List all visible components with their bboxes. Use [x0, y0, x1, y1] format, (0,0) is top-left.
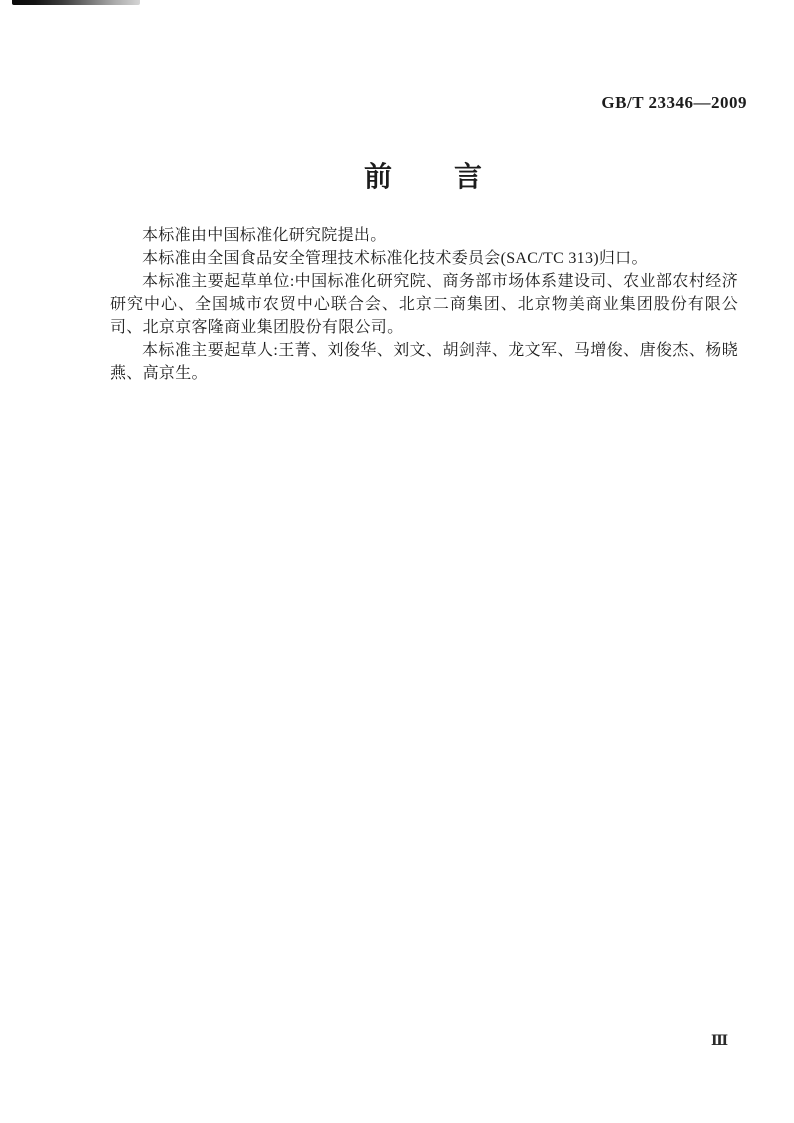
standard-code-header: GB/T 23346—2009	[601, 93, 747, 113]
paragraph-centralized-by: 本标准由全国食品安全管理技术标准化技术委员会(SAC/TC 313)归口。	[110, 247, 738, 270]
foreword-body: 本标准由中国标准化研究院提出。 本标准由全国食品安全管理技术标准化技术委员会(S…	[110, 224, 738, 385]
paragraph-drafters: 本标准主要起草人:王菁、刘俊华、刘文、胡剑萍、龙文军、马增俊、唐俊杰、杨晓燕、高…	[110, 339, 738, 385]
page-title: 前 言	[110, 155, 738, 195]
scan-artifact-mark	[12, 0, 140, 5]
paragraph-proposed-by: 本标准由中国标准化研究院提出。	[110, 224, 738, 247]
document-page: GB/T 23346—2009 前 言 本标准由中国标准化研究院提出。 本标准由…	[0, 0, 794, 1123]
paragraph-drafting-organizations: 本标准主要起草单位:中国标准化研究院、商务部市场体系建设司、农业部农村经济研究中…	[110, 270, 738, 339]
page-number: Ⅲ	[711, 1033, 728, 1050]
